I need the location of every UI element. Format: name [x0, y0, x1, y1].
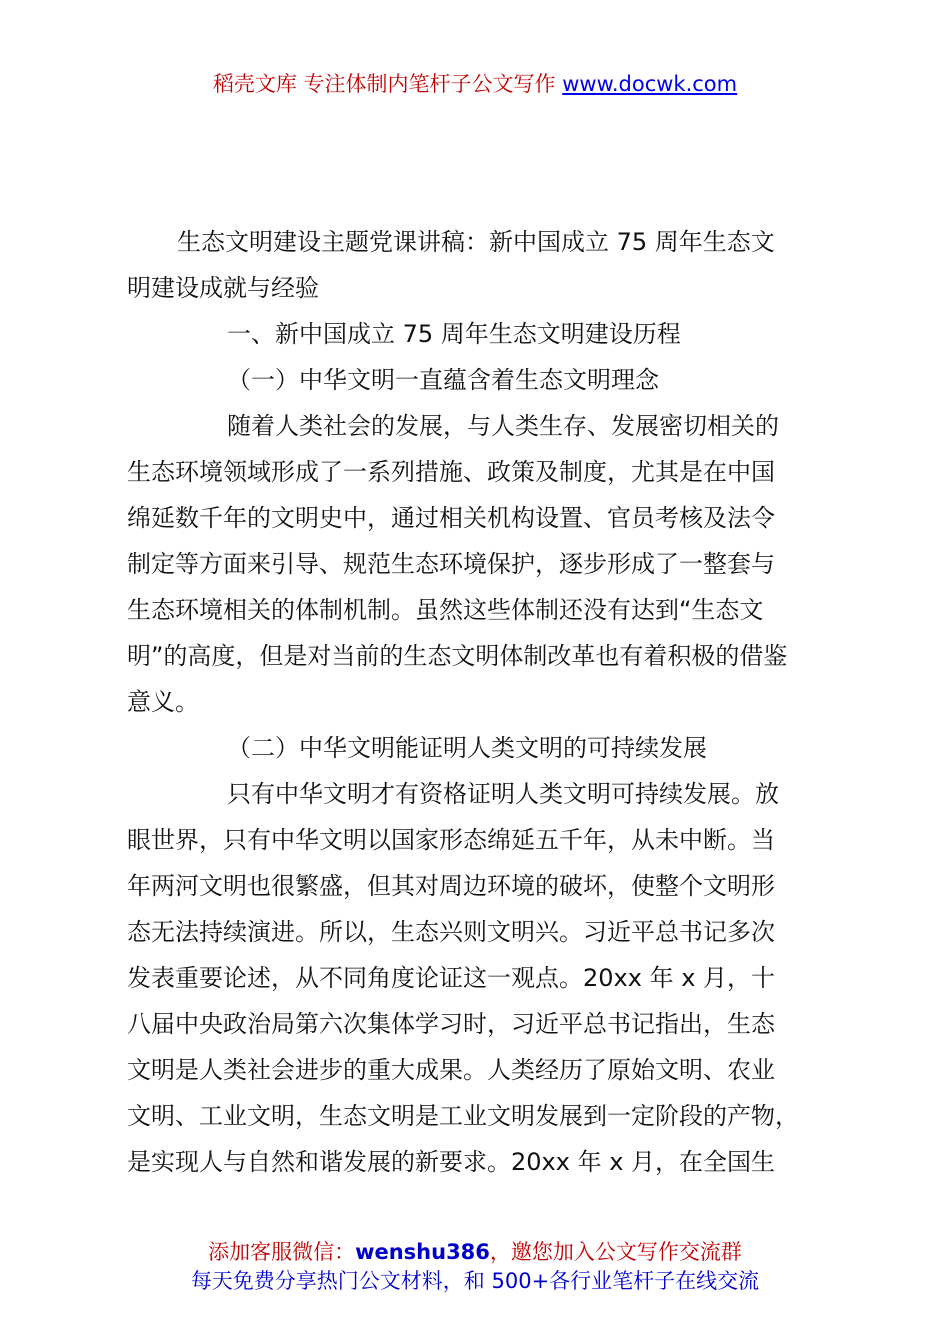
page-footer: 添加客服微信：wenshu386，邀您加入公文写作交流群 每天免费分享热门公文材… — [0, 1238, 950, 1296]
text-line: 眼世界，只有中华文明以国家形态绵延五千年，从未中断。当 — [127, 817, 847, 863]
text-line: 意义。 — [127, 679, 847, 725]
text-line: 明”的高度，但是对当前的生态文明体制改革也有着积极的借鉴 — [127, 633, 847, 679]
wechat-id: wenshu386 — [355, 1240, 490, 1264]
text-line: 是实现人与自然和谐发展的新要求。20xx 年 x 月，在全国生 — [127, 1139, 847, 1185]
brand-slogan: 稻壳文库 专注体制内笔杆子公文写作 — [213, 72, 556, 96]
document-body: 生态文明建设主题党课讲稿：新中国成立 75 周年生态文明建设成就与经验一、新中国… — [127, 219, 847, 1185]
text-line: 文明是人类社会进步的重大成果。人类经历了原始文明、农业 — [127, 1047, 847, 1093]
text-line: 生态文明建设主题党课讲稿：新中国成立 75 周年生态文 — [127, 219, 847, 265]
footer-suffix: ，邀您加入公文写作交流群 — [490, 1240, 742, 1264]
text-line: 生态环境领域形成了一系列措施、政策及制度，尤其是在中国 — [127, 449, 847, 495]
text-line: 绵延数千年的文明史中，通过相关机构设置、官员考核及法令 — [127, 495, 847, 541]
footer-wechat-line: 添加客服微信：wenshu386，邀您加入公文写作交流群 — [0, 1238, 950, 1267]
text-line: 文明、工业文明，生态文明是工业文明发展到一定阶段的产物， — [127, 1093, 847, 1139]
text-line: （二）中华文明能证明人类文明的可持续发展 — [127, 725, 847, 771]
text-line: 生态环境相关的体制机制。虽然这些体制还没有达到“生态文 — [127, 587, 847, 633]
text-line: 明建设成就与经验 — [127, 265, 847, 311]
text-line: 一、新中国成立 75 周年生态文明建设历程 — [127, 311, 847, 357]
text-line: 八届中央政治局第六次集体学习时，习近平总书记指出，生态 — [127, 1001, 847, 1047]
page-header: 稻壳文库 专注体制内笔杆子公文写作 www.docwk.com — [0, 68, 950, 100]
text-line: 只有中华文明才有资格证明人类文明可持续发展。放 — [127, 771, 847, 817]
text-line: 制定等方面来引导、规范生态环境保护，逐步形成了一整套与 — [127, 541, 847, 587]
text-line: 年两河文明也很繁盛，但其对周边环境的破坏，使整个文明形 — [127, 863, 847, 909]
text-line: 发表重要论述，从不同角度论证这一观点。20xx 年 x 月，十 — [127, 955, 847, 1001]
text-line: 态无法持续演进。所以，生态兴则文明兴。习近平总书记多次 — [127, 909, 847, 955]
text-line: （一）中华文明一直蕴含着生态文明理念 — [127, 357, 847, 403]
text-line: 随着人类社会的发展，与人类生存、发展密切相关的 — [127, 403, 847, 449]
footer-prefix: 添加客服微信： — [208, 1240, 355, 1264]
site-link[interactable]: www.docwk.com — [562, 72, 737, 96]
footer-promo-line: 每天免费分享热门公文材料，和 500+各行业笔杆子在线交流 — [0, 1267, 950, 1296]
